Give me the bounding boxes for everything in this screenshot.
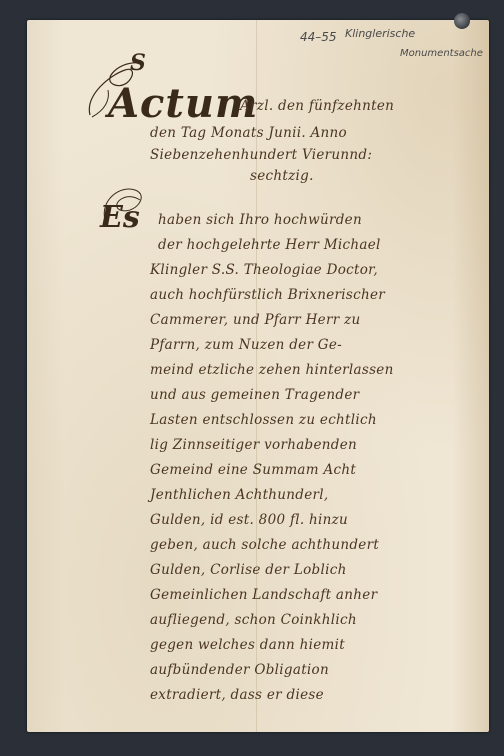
- body-line-6: Pfarrn, zum Nuzen der Ge-: [150, 337, 342, 353]
- body-line-11: Gemeind eine Summam Acht: [150, 462, 356, 478]
- heading-title: Actum: [108, 80, 258, 127]
- body-line-7: meind etzliche zehen hinterlassen: [150, 362, 394, 378]
- heading-line-1: Arzl. den fünfzehnten: [240, 98, 394, 114]
- heading-line-2: den Tag Monats Junii. Anno: [150, 125, 347, 141]
- body-line-13: Gulden, id est. 800 fl. hinzu: [150, 512, 348, 528]
- mounting-pin-icon: [454, 13, 470, 29]
- body-line-5: Cammerer, und Pfarr Herr zu: [150, 312, 360, 328]
- heading-line-3: Siebenzehenhundert Vierunnd:: [150, 147, 372, 163]
- archival-note-line1: Klinglerische: [345, 27, 415, 40]
- body-line-10: lig Zinnseitiger vorhabenden: [150, 437, 357, 453]
- body-line-17: aufliegend, schon Coinkhlich: [150, 612, 357, 628]
- body-line-14: geben, auch solche achthundert: [150, 537, 379, 553]
- flourish-initial: S: [130, 50, 146, 76]
- body-line-3: Klingler S.S. Theologiae Doctor,: [150, 262, 378, 278]
- body-line-1: haben sich Ihro hochwürden: [158, 212, 362, 228]
- body-line-15: Gulden, Corlise der Loblich: [150, 562, 347, 578]
- body-line-16: Gemeinlichen Landschaft anher: [150, 587, 377, 603]
- heading-line-4: sechtzig.: [250, 168, 314, 184]
- body-initial: Es: [100, 200, 140, 235]
- body-line-9: Lasten entschlossen zu echtlich: [150, 412, 377, 428]
- body-line-18: gegen welches dann hiemit: [150, 637, 345, 653]
- body-line-19: aufbündender Obligation: [150, 662, 329, 678]
- body-line-4: auch hochfürstlich Brixnerischer: [150, 287, 385, 303]
- body-line-2: der hochgelehrte Herr Michael: [158, 237, 381, 253]
- body-line-12: Jenthlichen Achthunderl,: [150, 487, 329, 503]
- folio-number: 44–55: [300, 30, 337, 44]
- archival-note-line2: Monumentsache: [400, 48, 483, 59]
- body-line-8: und aus gemeinen Tragender: [150, 387, 359, 403]
- body-line-20: extradiert, dass er diese: [150, 687, 324, 703]
